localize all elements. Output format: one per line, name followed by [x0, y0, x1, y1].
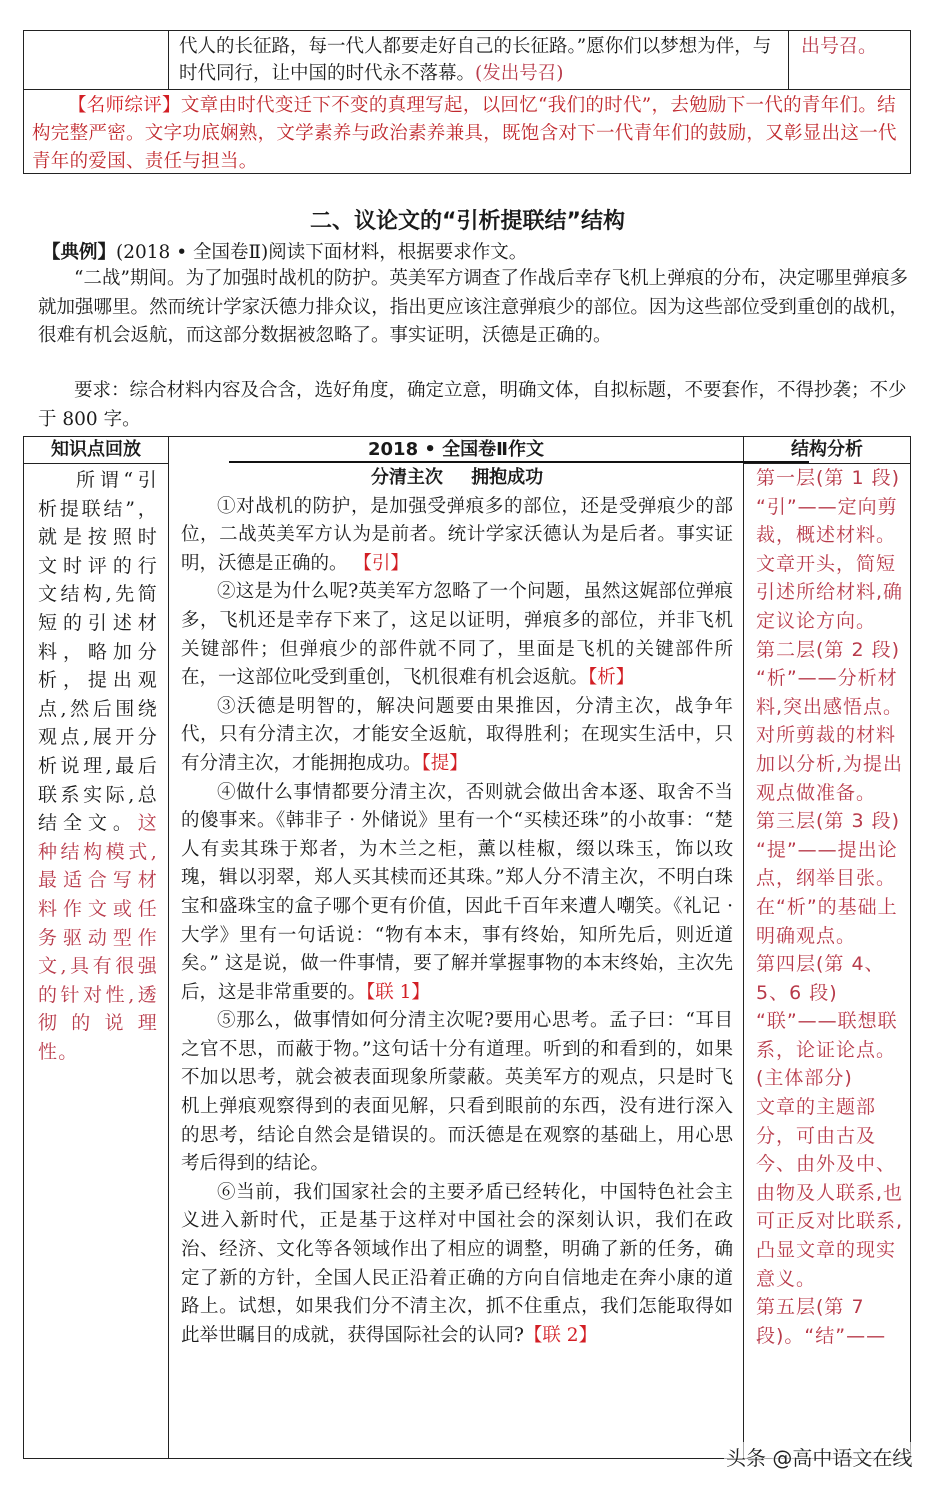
analysis-column: 结构分析 第一层(第 1 段) “引”——定向剪裁，概述材料。文章开头，简短引述… — [744, 437, 910, 1458]
marker-lian-1: 【联 1】 — [366, 982, 430, 1003]
analysis-ending-cell: 出号召。 — [789, 31, 910, 89]
analysis-header: 结构分析 — [744, 437, 910, 464]
example-material: “二战”期间。为了加强时战机的防护。英美军方调查了作战后幸存飞机上弹痕的分布，决… — [38, 265, 908, 351]
knowledge-definition: 所谓“引析提联结”，就是按照时文时评的行文结构,先简短的引述材料，略加分析，提出… — [38, 469, 158, 834]
example-requirement: 要求：综合材料内容及合含，选好角度，确定立意，明确文体，自拟标题，不要套作，不得… — [38, 377, 908, 434]
example-source: (2018 • 全国卷Ⅱ) — [116, 242, 268, 263]
essay-paragraph-6: ⑥当前，我们国家社会的主要矛盾已经转化，中国特色社会主义进入新时代，正是基于这样… — [181, 1179, 733, 1351]
marker-lian-2: 【联 2】 — [524, 1325, 597, 1346]
essay-ending-cell: 代人的长征路，每一代人都要走好自己的长征路。”愿你们以梦想为伴，与时代同行，让中… — [169, 31, 789, 89]
layer-2-note: 对所剪裁的材料加以分析,为提出观点做准备。 — [756, 721, 906, 807]
example-tag: 【典例】 — [42, 242, 116, 263]
empty-cell — [24, 31, 169, 89]
watermark: 头条 @高中语文在线 — [724, 1442, 914, 1471]
structure-table: 知识点回放 所谓“引析提联结”，就是按照时文时评的行文结构,先简短的引述材料，略… — [23, 436, 911, 1459]
review-tag: 【名师综评】 — [68, 95, 181, 116]
essay-paragraph-2: ②这是为什么呢?英美军方忽略了一个问题，虽然这娓部位弹痕多，飞机还是幸存下来了，… — [181, 578, 733, 692]
essay-paragraph-5: ⑤那么，做事情如何分清主次呢?要用心思考。孟子曰：“耳目之官不思，而蔽于物。”这… — [181, 1007, 733, 1179]
analysis-body: 第一层(第 1 段) “引”——定向剪裁，概述材料。文章开头，简短引述所给材料,… — [744, 464, 910, 1350]
layer-4-note: 文章的主题部分，可由古及今、由外及中、由物及人联系,也可正反对比联系,凸显文章的… — [756, 1093, 906, 1293]
section-title: 二、议论文的“引析提联结”结构 — [0, 204, 935, 235]
essay-header-label: 2018 • 全国卷Ⅱ作文 — [368, 439, 544, 460]
essay-paragraph-3: ③沃德是明智的，解决问题要由果推因，分清主次，战争年代，只有分清主次，才能安全返… — [181, 693, 733, 779]
continuation-table: 代人的长征路，每一代人都要走好自己的长征路。”愿你们以梦想为伴，与时代同行，让中… — [23, 30, 911, 174]
knowledge-highlight: 这种结构模式,最适合写材料作文或任务驱动型作文,具有很强的针对性,透彻的说理性。 — [38, 812, 158, 1063]
layer-2-desc: “析”——分析材料,突出感悟点。 — [756, 664, 906, 721]
layer-3-title: 第三层(第 3 段) — [756, 807, 906, 836]
layer-3-desc: “提”——提出论点，纲举目张。 — [756, 836, 906, 893]
layer-4-desc: “联”——联想联系，论证论点。(主体部分) — [756, 1007, 906, 1093]
essay-ending-marker: (发出号召) — [475, 63, 563, 84]
essay-title: 分清主次 拥抱成功 — [181, 464, 733, 493]
essay-body: 分清主次 拥抱成功 ①对战机的防护，是加强受弹痕多的部位，还是受弹痕少的部位，二… — [169, 464, 743, 1350]
knowledge-column: 知识点回放 所谓“引析提联结”，就是按照时文时评的行文结构,先简短的引述材料，略… — [24, 437, 169, 1458]
example-instruction: 阅读下面材料，根据要求作文。 — [268, 242, 527, 263]
example-line: 【典例】(2018 • 全国卷Ⅱ)阅读下面材料，根据要求作文。 — [42, 238, 527, 264]
essay-paragraph-4: ④做什么事情都要分清主次，否则就会做出舍本逐、取舍不当的傻事来。《韩非子 · 外… — [181, 779, 733, 1008]
layer-1-desc: “引”——定向剪裁，概述材料。文章开头，简短引述所给材料,确定议论方向。 — [756, 493, 906, 636]
marker-yin: 【引】 — [353, 553, 409, 574]
layer-2-title: 第二层(第 2 段) — [756, 636, 906, 665]
continuation-row: 代人的长征路，每一代人都要走好自己的长征路。”愿你们以梦想为伴，与时代同行，让中… — [24, 31, 910, 90]
teacher-review: 【名师综评】文章由时代变迁下不变的真理写起，以回忆“我们的时代”，去勉励下一代的… — [24, 89, 910, 176]
layer-3-note: 在“析”的基础上明确观点。 — [756, 893, 906, 950]
header-underline — [229, 461, 809, 463]
knowledge-text: 所谓“引析提联结”，就是按照时文时评的行文结构,先简短的引述材料，略加分析，提出… — [24, 464, 168, 1066]
layer-5-title: 第五层(第 7 段)。“结”—— — [756, 1293, 906, 1350]
layer-1-title: 第一层(第 1 段) — [756, 464, 906, 493]
essay-header: 2018 • 全国卷Ⅱ作文 — [169, 437, 743, 464]
marker-ti: 【提】 — [422, 753, 468, 774]
knowledge-header: 知识点回放 — [24, 437, 168, 464]
layer-4-title: 第四层(第 4、5、6 段) — [756, 950, 906, 1007]
essay-column: 2018 • 全国卷Ⅱ作文 分清主次 拥抱成功 ①对战机的防护，是加强受弹痕多的… — [169, 437, 744, 1458]
essay-paragraph-1: ①对战机的防护，是加强受弹痕多的部位，还是受弹痕少的部位，二战英美军方认为是前者… — [181, 493, 733, 579]
marker-xi: 【析】 — [588, 667, 634, 688]
